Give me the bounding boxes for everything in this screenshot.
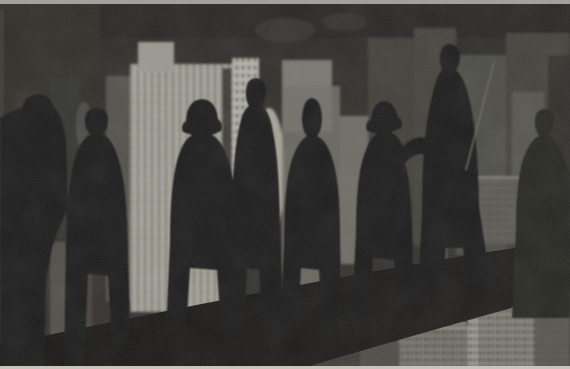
frame-edge-top [0, 0, 570, 4]
film-grain-overlay [0, 0, 570, 369]
photograph [0, 0, 570, 369]
photo-svg [0, 0, 570, 369]
